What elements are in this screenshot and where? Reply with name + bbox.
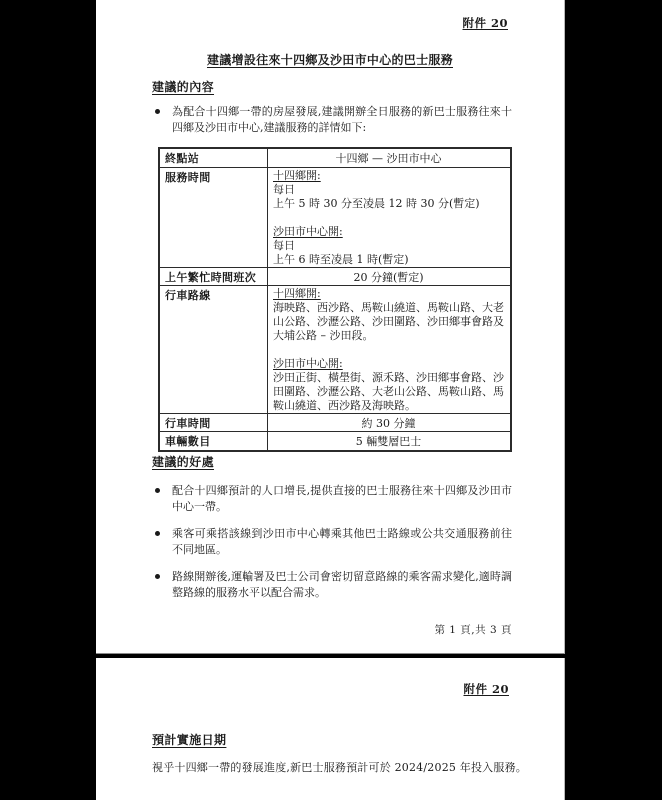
blank-line [273,211,504,225]
route-from-sha-tin-heading: 沙田市中心開: [273,357,343,370]
from-shap-sz-heung-heading: 十四鄉開: [273,169,321,182]
table-row-journey-time: 行車時間 約 30 分鐘 [159,414,511,432]
fleet-label: 車輛數目 [159,432,268,452]
benefit-item: 配合十四鄉預計的人口增長,提供直接的巴士服務往來十四鄉及沙田市中心一帶。 [155,483,512,514]
benefit-text: 乘客可乘搭該線到沙田市中心轉乘其他巴士路線或公共交通服務前往不同地區。 [172,526,512,557]
benefit-text: 配合十四鄉預計的人口增長,提供直接的巴士服務往來十四鄉及沙田市中心一帶。 [172,483,512,514]
section-heading-implementation-date: 預計實施日期 [152,731,226,748]
bullet-icon [155,531,160,536]
bullet-icon [155,488,160,493]
document-title: 建議增設往來十四鄉及沙田市中心的巴士服務 [96,49,564,68]
bullet-icon [155,574,160,579]
from-sha-tin-heading: 沙田市中心開: [273,225,343,238]
blank-line [273,343,504,357]
intro-bullet-item: 為配合十四鄉一帶的房屋發展,建議開辦全日服務的新巴士服務往來十四鄉及沙田市中心,… [155,104,512,135]
from-shap-sz-heung-hours: 上午 5 時 30 分至凌晨 12 時 30 分(暫定) [273,197,504,211]
bullet-icon [155,109,160,114]
benefit-item: 路線開辦後,運輸署及巴士公司會密切留意路線的乘客需求變化,適時調整路線的服務水平… [155,569,512,600]
route-value: 十四鄉開: 海映路、西沙路、馬鞍山繞道、馬鞍山路、大老山公路、沙瀝公路、沙田圍路… [268,286,512,414]
from-sha-tin-daily: 每日 [273,239,504,253]
route-from-shap-sz-heung-roads: 海映路、西沙路、馬鞍山繞道、馬鞍山路、大老山公路、沙瀝公路、沙田圍路、沙田鄉事會… [273,301,504,343]
intro-bullet-text: 為配合十四鄉一帶的房屋發展,建議開辦全日服務的新巴士服務往來十四鄉及沙田市中心,… [172,104,512,135]
am-peak-headway-label: 上午繁忙時間班次 [159,268,268,286]
attachment-label: 附件 20 [462,15,508,31]
table-row-terminus: 終點站 十四鄉 — 沙田市中心 [159,148,511,168]
journey-time-value: 約 30 分鐘 [268,414,512,432]
from-shap-sz-heung-daily: 每日 [273,183,504,197]
benefit-text: 路線開辦後,運輸署及巴士公司會密切留意路線的乘客需求變化,適時調整路線的服務水平… [172,569,512,600]
document-page-2: 附件 20 預計實施日期 視乎十四鄉一帶的發展進度,新巴士服務預計可於 2024… [96,658,565,800]
service-hours-value: 十四鄉開: 每日 上午 5 時 30 分至凌晨 12 時 30 分(暫定) 沙田… [268,168,512,268]
journey-time-label: 行車時間 [159,414,268,432]
service-details-table: 終點站 十四鄉 — 沙田市中心 服務時間 十四鄉開: 每日 上午 5 時 30 … [158,147,512,452]
table-row-route: 行車路線 十四鄉開: 海映路、西沙路、馬鞍山繞道、馬鞍山路、大老山公路、沙瀝公路… [159,286,511,414]
terminus-value: 十四鄉 — 沙田市中心 [268,148,512,168]
from-sha-tin-hours: 上午 6 時至凌晨 1 時(暫定) [273,253,504,267]
service-hours-label: 服務時間 [159,168,268,268]
document-page-1: 附件 20 建議增設往來十四鄉及沙田市中心的巴士服務 建議的內容 為配合十四鄉一… [96,0,565,654]
section-heading-benefits: 建議的好處 [152,453,214,470]
route-from-shap-sz-heung-heading: 十四鄉開: [273,287,321,300]
table-row-am-peak-headway: 上午繁忙時間班次 20 分鐘(暫定) [159,268,511,286]
route-from-sha-tin-roads: 沙田正街、橫壆街、源禾路、沙田鄉事會路、沙田圍路、沙瀝公路、大老山公路、馬鞍山路… [273,371,504,413]
am-peak-headway-value: 20 分鐘(暫定) [268,268,512,286]
table-row-service-hours: 服務時間 十四鄉開: 每日 上午 5 時 30 分至凌晨 12 時 30 分(暫… [159,168,511,268]
page-number-footer: 第 1 頁,共 3 頁 [434,622,512,637]
scan-background: 附件 20 建議增設往來十四鄉及沙田市中心的巴士服務 建議的內容 為配合十四鄉一… [0,0,662,800]
attachment-label: 附件 20 [463,681,509,697]
benefit-item: 乘客可乘搭該線到沙田市中心轉乘其他巴士路線或公共交通服務前往不同地區。 [155,526,512,557]
fleet-value: 5 輛雙層巴士 [268,432,512,452]
table-row-fleet: 車輛數目 5 輛雙層巴士 [159,432,511,452]
terminus-label: 終點站 [159,148,268,168]
implementation-date-text: 視乎十四鄉一帶的發展進度,新巴士服務預計可於 2024/2025 年投入服務。 [152,759,527,775]
route-label: 行車路線 [159,286,268,414]
section-heading-proposal-content: 建議的內容 [152,78,214,95]
